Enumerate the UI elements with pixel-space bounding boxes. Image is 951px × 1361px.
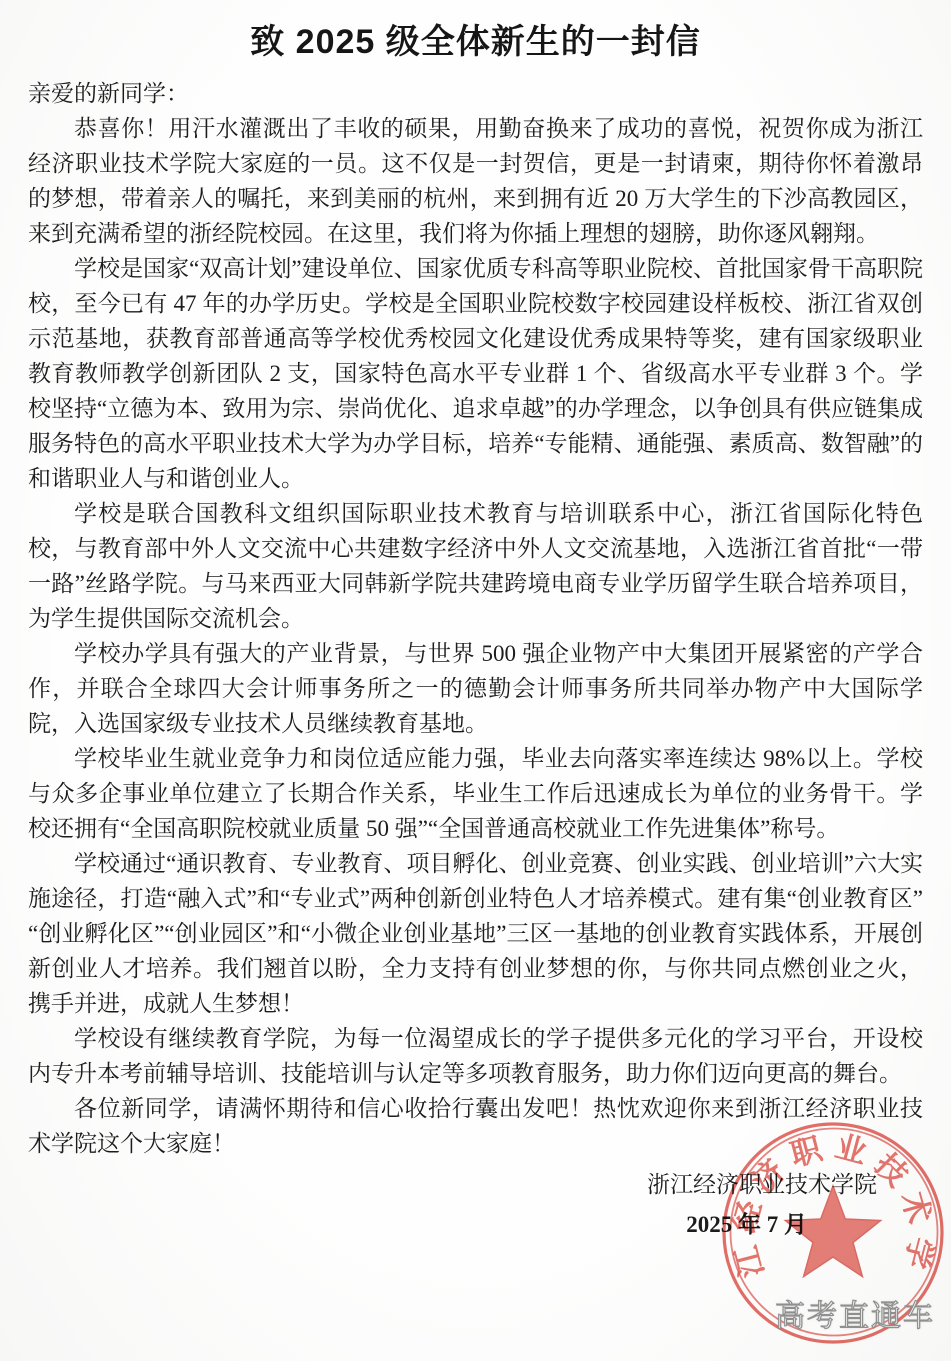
letter-paragraph: 学校毕业生就业竞争力和岗位适应能力强，毕业去向落实率连续达 98%以上。学校与众… bbox=[28, 741, 923, 846]
signature-block: 浙江经济职业技术学院 2025 年 7 月 bbox=[28, 1165, 923, 1245]
letter-paragraph: 学校通过“通识教育、专业教育、项目孵化、创业竞赛、创业实践、创业培训”六大实施途… bbox=[28, 846, 923, 1021]
letter-paragraph: 学校是国家“双高计划”建设单位、国家优质专科高等职业院校、首批国家骨干高职院校，… bbox=[28, 251, 923, 496]
letter-greeting: 亲爱的新同学： bbox=[28, 76, 923, 111]
letter-title: 致 2025 级全体新生的一封信 bbox=[0, 0, 951, 62]
letter-paragraph: 学校设有继续教育学院，为每一位渴望成长的学子提供多元化的学习平台，开设校内专升本… bbox=[28, 1021, 923, 1091]
letter-paragraph: 恭喜你！用汗水灌溉出了丰收的硕果，用勤奋换来了成功的喜悦，祝贺你成为浙江经济职业… bbox=[28, 111, 923, 251]
signature-name: 浙江经济职业技术学院 bbox=[28, 1165, 923, 1205]
letter-page: 致 2025 级全体新生的一封信 亲爱的新同学： 恭喜你！用汗水灌溉出了丰收的硕… bbox=[0, 0, 951, 1361]
letter-body: 亲爱的新同学： 恭喜你！用汗水灌溉出了丰收的硕果，用勤奋换来了成功的喜悦，祝贺你… bbox=[0, 62, 951, 1245]
letter-paragraph: 学校办学具有强大的产业背景，与世界 500 强企业物产中大集团开展紧密的产学合作… bbox=[28, 636, 923, 741]
watermark-text: 高考直通车 bbox=[775, 1291, 935, 1335]
letter-paragraph: 各位新同学，请满怀期待和信心收拾行囊出发吧！热忱欢迎你来到浙江经济职业技术学院这… bbox=[28, 1091, 923, 1161]
letter-paragraph: 学校是联合国教科文组织国际职业技术教育与培训联系中心，浙江省国际化特色校，与教育… bbox=[28, 496, 923, 636]
signature-date: 2025 年 7 月 bbox=[28, 1205, 923, 1245]
